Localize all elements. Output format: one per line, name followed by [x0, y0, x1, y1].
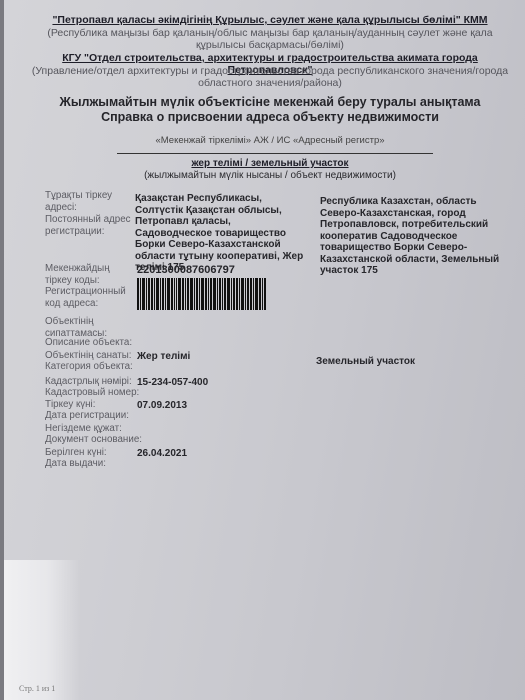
description-label-kz: Объектінің сипаттамасы: [45, 316, 135, 339]
document-page: "Петропавл қаласы әкімдігінің Құрылыс, с… [0, 0, 525, 700]
address-label-ru: Постоянный адрес регистрации: [45, 214, 140, 237]
reg-code-label-ru: Регистрационный код адреса: [45, 286, 137, 309]
reg-date-value: 07.09.2013 [137, 400, 187, 412]
light-glare [0, 560, 80, 700]
registry-name: «Мекенжай тіркелімі» АЖ / ИС «Адресный р… [30, 135, 510, 146]
category-value-ru: Земельный участок [316, 356, 415, 368]
object-type: жер телімі / земельный участок [30, 158, 510, 170]
org-kz: "Петропавл қаласы әкімдігінің Құрылыс, с… [30, 14, 510, 26]
description-label-ru: Описание объекта: [45, 337, 145, 349]
address-value-ru: Республика Казахстан, область Северо-Каз… [320, 196, 515, 277]
cadastral-value: 15-234-057-400 [137, 377, 208, 389]
reg-code-label-kz: Мекенжайдың тіркеу коды: [45, 263, 137, 286]
page-number: Стр. 1 из 1 [19, 684, 55, 693]
org-kz-sub: (Республика маңызы бар қаланың/облыс маң… [30, 27, 510, 51]
divider [117, 153, 433, 154]
barcode [137, 278, 305, 310]
issue-date-value: 26.04.2021 [137, 448, 187, 460]
org-ru-sub: (Управление/отдел архитектуры и градостр… [30, 65, 510, 89]
object-type-sub: (жылжымайтын мүлік нысаны / объект недви… [30, 170, 510, 182]
basis-doc-label-ru: Документ основание: [45, 434, 142, 446]
reg-date-label-kz: Тіркеу күні: [45, 399, 95, 411]
page-edge [0, 0, 4, 700]
reg-date-label-ru: Дата регистрации: [45, 410, 129, 422]
category-label-kz: Объектінің санаты: [45, 350, 132, 362]
title-kz: Жылжымайтын мүлік объектісіне мекенжай б… [30, 95, 510, 110]
category-value-kz: Жер телімі [137, 351, 190, 363]
address-value-kz: Қазақстан Республикасы, Солтүстік Қазақс… [135, 193, 310, 274]
reg-code-value: 2201300087606797 [137, 265, 235, 277]
cadastral-label-kz: Кадастрлық нөмірі: [45, 376, 132, 388]
category-label-ru: Категория объекта: [45, 361, 133, 373]
basis-doc-label-kz: Негіздеме құжат: [45, 423, 122, 435]
address-label-kz: Тұрақты тіркеу адресі: [45, 190, 130, 213]
title-ru: Справка о присвоении адреса объекту недв… [30, 110, 510, 125]
issue-date-label-ru: Дата выдачи: [45, 458, 106, 470]
issue-date-label-kz: Берілген күні: [45, 447, 107, 459]
cadastral-label-ru: Кадастровый номер: [45, 387, 139, 399]
